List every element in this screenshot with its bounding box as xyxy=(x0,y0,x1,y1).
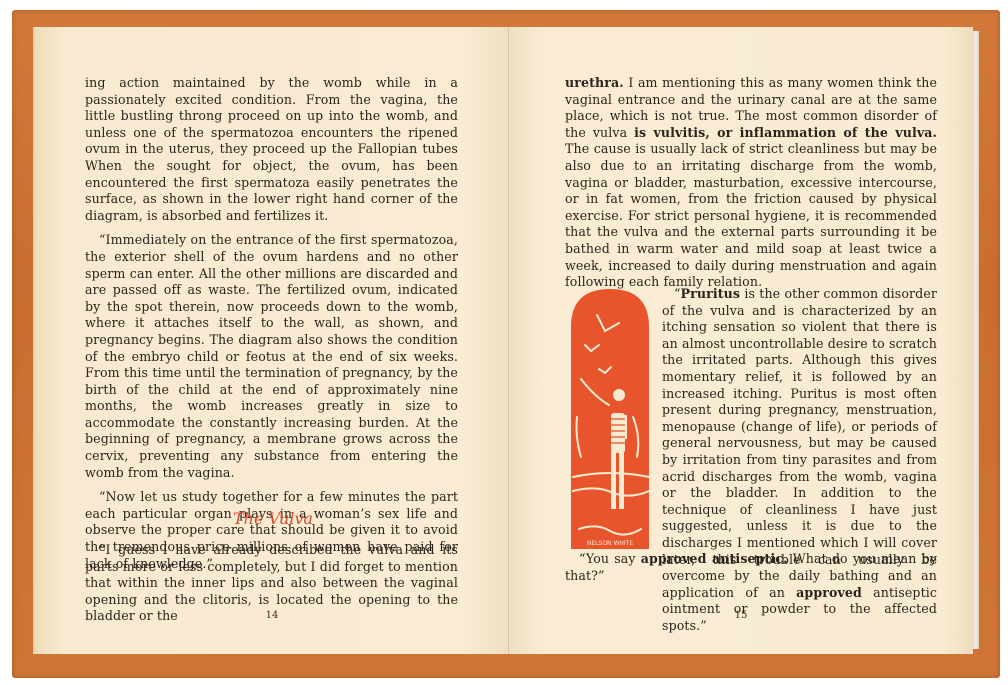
page-number: 15 xyxy=(509,610,973,621)
bold-term: urethra. xyxy=(565,75,624,90)
section-heading: The Vulva xyxy=(35,509,511,528)
paragraph: “Immediately on the entrance of the firs… xyxy=(85,232,458,481)
question-text: “You say approved antiseptic. What do yo… xyxy=(565,551,937,592)
bold-term: is vulvitis, or inflammation of the vulv… xyxy=(634,125,937,140)
left-page: ing action maintained by the womb while … xyxy=(33,27,509,654)
page-number: 14 xyxy=(35,610,509,621)
right-body-text: urethra. I am mentioning this as many wo… xyxy=(565,75,937,299)
text-run: “You say xyxy=(579,551,641,566)
right-page: urethra. I am mentioning this as many wo… xyxy=(509,27,973,654)
paragraph: “You say approved antiseptic. What do yo… xyxy=(565,551,937,584)
svg-text:NELSON WHITE: NELSON WHITE xyxy=(587,540,633,547)
paragraph: urethra. I am mentioning this as many wo… xyxy=(565,75,937,291)
left-body-text: ing action maintained by the womb while … xyxy=(85,75,458,580)
bold-term: approved antiseptic. xyxy=(641,551,788,566)
paragraph: ing action maintained by the womb while … xyxy=(85,75,458,224)
bold-term: Pruritus xyxy=(681,286,741,301)
beach-woman-illustration: NELSON WHITE xyxy=(567,287,653,549)
text-run: The cause is usually lack of strict clea… xyxy=(565,141,937,289)
